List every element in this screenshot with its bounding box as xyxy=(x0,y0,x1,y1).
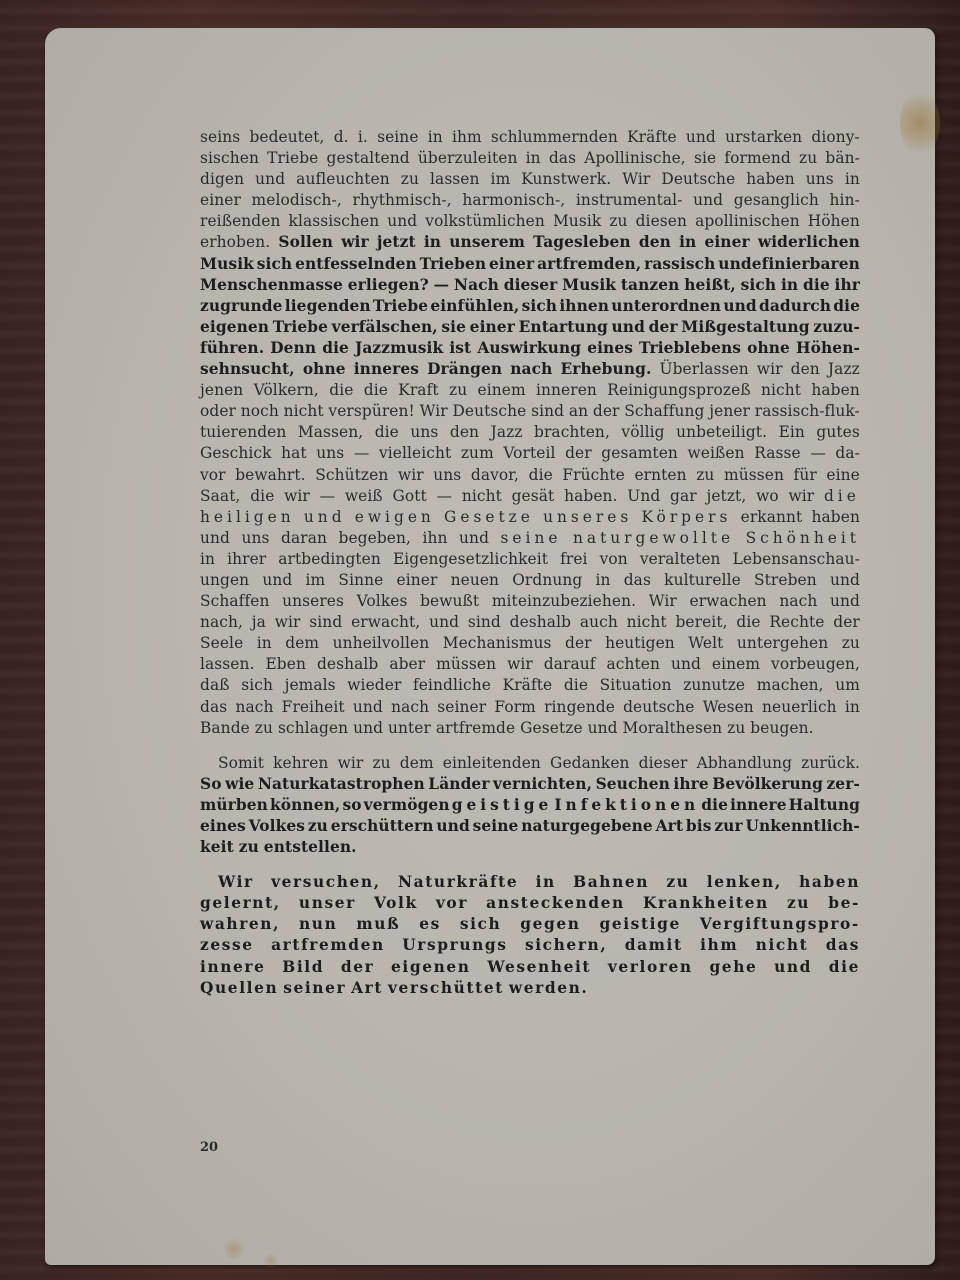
word: seine xyxy=(473,816,519,837)
word: darauf xyxy=(544,654,596,675)
text-line: erhoben.SollenwirjetztinunseremTageslebe… xyxy=(200,232,860,253)
word: gesanglich xyxy=(734,190,819,211)
word: ihm xyxy=(700,935,738,956)
word: Volkes xyxy=(249,816,305,837)
word: zugrunde xyxy=(200,296,283,317)
word: unheilvollen xyxy=(333,633,430,654)
word: das xyxy=(624,570,651,591)
word: seine xyxy=(501,528,562,549)
word: — xyxy=(354,443,370,464)
word: Somit xyxy=(218,753,264,774)
word: Erhebung. xyxy=(560,359,651,380)
word: Körpers xyxy=(641,507,731,528)
word: nach xyxy=(510,359,552,380)
text-line: einermelodisch-,rhythmisch-,harmonisch-,… xyxy=(200,190,860,211)
word: Ordnung xyxy=(512,570,582,591)
word: Triebe xyxy=(373,296,428,317)
word: begeben, xyxy=(339,528,412,549)
word: uns xyxy=(241,528,269,549)
word: nicht xyxy=(462,486,502,507)
word: machen, xyxy=(757,675,824,696)
word: innere xyxy=(730,795,787,816)
word: und xyxy=(686,127,716,148)
word: dem xyxy=(285,633,319,654)
word: Seele xyxy=(200,633,243,654)
word: volkstümlichen xyxy=(425,211,545,232)
word: zuzu- xyxy=(813,317,860,338)
text-line: heiligenundewigenGesetzeunseresKörperser… xyxy=(200,507,860,528)
word: d. xyxy=(334,127,349,148)
word: daran xyxy=(281,528,327,549)
word: instrumental- xyxy=(576,190,683,211)
text-line: mürbenkönnen,sovermögengeistigeInfektion… xyxy=(200,795,860,816)
word: digen xyxy=(200,169,244,190)
word: sie xyxy=(694,148,716,169)
word: keit xyxy=(200,837,234,858)
text-line: eigenenTriebeverfälschen,sieeinerEntartu… xyxy=(200,317,860,338)
word: erwachen xyxy=(690,591,767,612)
word: entstellen. xyxy=(264,837,357,858)
word: deshalb xyxy=(510,612,571,633)
word: klassischen xyxy=(289,211,380,232)
word: Volk xyxy=(374,893,418,914)
word: und xyxy=(200,528,230,549)
word: entfesselnden xyxy=(295,254,417,275)
word: melodisch-, xyxy=(252,190,342,211)
word: unseres xyxy=(282,591,344,612)
word: seiner xyxy=(283,978,346,999)
word: Drängen xyxy=(427,359,502,380)
word: in xyxy=(200,549,215,570)
word: ungen xyxy=(200,570,249,591)
word: Höhen xyxy=(808,211,860,232)
word: der xyxy=(565,633,592,654)
text-line: undunsdaranbegeben,ihnundseinenaturgewol… xyxy=(200,528,860,549)
word: so xyxy=(342,795,361,816)
word: zum xyxy=(461,443,494,464)
word: und xyxy=(304,507,346,528)
word: wir xyxy=(275,612,301,633)
word: in xyxy=(257,633,272,654)
word: Sinne xyxy=(338,570,383,591)
word: erliegen? xyxy=(348,275,429,296)
word: bewußt xyxy=(420,591,479,612)
word: Triebe xyxy=(273,317,328,338)
word: Trieben xyxy=(420,254,487,275)
word: führen. xyxy=(200,338,264,359)
word: Deutsche xyxy=(661,169,735,190)
word: sind xyxy=(468,612,501,633)
word: dadurch xyxy=(759,296,831,317)
word: auch xyxy=(580,612,618,633)
word: uns xyxy=(410,422,438,443)
word: Völkern, xyxy=(254,380,319,401)
word: gehe xyxy=(709,957,757,978)
word: reißenden xyxy=(200,211,280,232)
word: in xyxy=(679,232,696,253)
word: gesamten xyxy=(601,443,678,464)
word: wir xyxy=(788,486,814,507)
word: ihr xyxy=(835,275,860,296)
word: dieser xyxy=(504,275,558,296)
word: untergehen xyxy=(737,633,828,654)
word: ringende xyxy=(544,697,615,718)
word: gelernt, xyxy=(200,893,281,914)
word: in xyxy=(845,697,860,718)
text-line: sehnsucht,ohneinneresDrängennachErhebung… xyxy=(200,359,860,380)
word: Vorteil xyxy=(503,443,555,464)
word: einer xyxy=(470,317,515,338)
word: ist xyxy=(449,338,471,359)
word: da- xyxy=(835,443,860,464)
word: bedeutet, xyxy=(249,127,324,148)
text-line: Wirversuchen,NaturkräfteinBahnenzulenken… xyxy=(200,872,860,893)
text-line: QuellenseinerArtverschüttetwerden. xyxy=(200,978,860,999)
word: unbeteiligt. xyxy=(676,422,767,443)
word: gegen xyxy=(520,914,580,935)
word: Quellen xyxy=(200,978,278,999)
word: sich xyxy=(241,675,273,696)
word: die xyxy=(322,338,349,359)
word: Deutsche xyxy=(452,401,526,422)
word: die xyxy=(529,465,553,486)
word: — xyxy=(434,275,450,296)
word: unseres xyxy=(543,507,632,528)
word: Seuchen xyxy=(596,774,670,795)
word: Länder xyxy=(428,774,489,795)
text-line: Saat,diewir—weißGott—nichtgesäthaben.Und… xyxy=(200,486,860,507)
word: einer xyxy=(704,232,749,253)
word: und xyxy=(387,211,417,232)
word: ihrer xyxy=(227,549,266,570)
text-line: nach,jawirsinderwacht,undsinddeshalbauch… xyxy=(200,612,860,633)
word: der xyxy=(565,443,592,464)
word: inneren xyxy=(536,380,597,401)
word: kehren xyxy=(273,753,328,774)
text-line: innereBilddereigenenWesenheitverlorengeh… xyxy=(200,957,860,978)
word: vernichten, xyxy=(493,774,592,795)
word: Abhandlung xyxy=(697,753,792,774)
word: nach xyxy=(235,697,273,718)
word: rhythmisch-, xyxy=(352,190,451,211)
word: erschüttern xyxy=(331,816,434,837)
word: es xyxy=(419,914,441,935)
word: — xyxy=(810,443,826,464)
word: bän- xyxy=(825,148,860,169)
word: Gedanken xyxy=(550,753,630,774)
word: einem xyxy=(478,380,526,401)
word: artfremde xyxy=(436,718,515,739)
word: der xyxy=(593,401,620,422)
word: — xyxy=(320,486,336,507)
page-stain xyxy=(900,88,940,158)
word: Wir xyxy=(649,591,677,612)
word: sind xyxy=(531,401,564,422)
word: zu xyxy=(666,872,689,893)
text-line: MusiksichentfesselndenTriebeneinerartfre… xyxy=(200,254,860,275)
word: Unkenntlich- xyxy=(745,816,859,837)
word: naturgewollte xyxy=(573,528,734,549)
word: Höhen- xyxy=(796,338,860,359)
word: ihnen xyxy=(559,296,609,317)
word: einer xyxy=(489,254,534,275)
word: daß xyxy=(200,675,230,696)
word: Musik xyxy=(200,254,254,275)
word: Mechanismus xyxy=(443,633,552,654)
word: jetzt, xyxy=(706,486,746,507)
word: Infektionen xyxy=(554,795,699,816)
word: wie xyxy=(225,774,254,795)
word: neuen xyxy=(451,570,499,591)
word: im xyxy=(306,570,326,591)
text-line: lassen.Ebendeshalbabermüssenwirdaraufach… xyxy=(200,654,860,675)
word: von xyxy=(600,549,628,570)
word: Kräfte xyxy=(503,675,553,696)
word: und xyxy=(429,612,459,633)
word: ihm xyxy=(452,127,482,148)
text-line: ungenundimSinneeinerneuenOrdnungindaskul… xyxy=(200,570,860,591)
word: vorbeugen, xyxy=(771,654,860,675)
word: formend xyxy=(724,148,791,169)
word: weiß xyxy=(345,486,383,507)
word: ewigen xyxy=(355,507,435,528)
word: für xyxy=(794,465,817,486)
word: und xyxy=(830,570,860,591)
text-line: zugrundeliegendenTriebeeinfühlen,sichihn… xyxy=(200,296,860,317)
text-line: inihrerartbedingtenEigengesetzlichkeitfr… xyxy=(200,549,860,570)
word: i. xyxy=(358,127,368,148)
word: tuierenden xyxy=(200,422,286,443)
word: den xyxy=(791,359,820,380)
word: bewahrt. xyxy=(235,465,305,486)
word: Saat, xyxy=(200,486,240,507)
word: sich xyxy=(460,914,501,935)
word: Kunstwerk. xyxy=(521,169,611,190)
word: deshalb xyxy=(317,654,378,675)
word: nach, xyxy=(200,612,243,633)
word: rassisch xyxy=(644,254,715,275)
word: seiner xyxy=(437,697,486,718)
word: Jazzmusik xyxy=(355,338,443,359)
word: Krankheiten xyxy=(643,893,769,914)
word: zurück. xyxy=(801,753,860,774)
text-line: keitzuentstellen. xyxy=(200,837,860,858)
word: Ein xyxy=(779,422,805,443)
word: einleitenden xyxy=(443,753,541,774)
word: ja xyxy=(252,612,266,633)
word: zu xyxy=(609,211,627,232)
word: seine xyxy=(377,127,418,148)
word: beugen. xyxy=(750,718,813,739)
word: zu xyxy=(372,753,390,774)
word: geistige xyxy=(452,795,553,816)
word: feindliche xyxy=(413,675,491,696)
word: Kräfte xyxy=(627,127,677,148)
word: Gesetze xyxy=(444,507,534,528)
word: Tagesleben xyxy=(533,232,631,253)
word: Und xyxy=(627,486,660,507)
word: Moralthesen xyxy=(622,718,722,739)
word: Lebensanschau- xyxy=(733,549,860,570)
word: zu xyxy=(308,816,328,837)
word: wir xyxy=(284,486,310,507)
word: Haltung xyxy=(789,795,860,816)
text-line: dasnachFreiheitundnachseinerFormringende… xyxy=(200,697,860,718)
word: zur xyxy=(714,816,742,837)
word: und xyxy=(353,718,383,739)
paragraph: SomitkehrenwirzudemeinleitendenGedankend… xyxy=(200,753,860,858)
word: sie xyxy=(441,317,466,338)
word: ernten xyxy=(634,465,686,486)
word: Musik xyxy=(562,275,616,296)
word: Massen, xyxy=(298,422,363,443)
word: Streben xyxy=(754,570,817,591)
word: Rechte xyxy=(769,612,824,633)
word: und xyxy=(262,570,292,591)
word: Bevölkerung xyxy=(712,774,823,795)
word: uns xyxy=(433,465,461,486)
word: unterordnen xyxy=(611,296,721,317)
word: Musik xyxy=(553,211,601,232)
word: wir xyxy=(507,654,533,675)
word: vor xyxy=(200,465,226,486)
word: haben. xyxy=(564,486,617,507)
word: das xyxy=(200,697,227,718)
text-line: gelernt,unserVolkvoransteckendenKrankhei… xyxy=(200,893,860,914)
word: Bahnen xyxy=(573,872,649,893)
word: das xyxy=(549,148,576,169)
word: bis xyxy=(686,816,712,837)
word: Bande xyxy=(200,718,250,739)
word: rassisch-fluk- xyxy=(755,401,860,422)
word: jener xyxy=(709,401,750,422)
word: Geschick xyxy=(200,443,272,464)
word: und xyxy=(693,190,723,211)
word: um xyxy=(835,675,860,696)
word: in xyxy=(596,570,611,591)
word: kulturelle xyxy=(664,570,741,591)
word: zesse xyxy=(200,935,254,956)
word: gutes xyxy=(816,422,859,443)
word: liegenden xyxy=(285,296,371,317)
word: Sollen xyxy=(278,232,333,253)
word: Eben xyxy=(265,654,306,675)
text-line: führen.DenndieJazzmusikistAuswirkungeine… xyxy=(200,338,860,359)
word: davor, xyxy=(471,465,519,486)
word: eigenen xyxy=(200,317,269,338)
word: gar xyxy=(670,486,697,507)
word: neuerlich xyxy=(762,697,837,718)
word: Gott xyxy=(393,486,427,507)
word: heißt, xyxy=(684,275,736,296)
word: die xyxy=(375,422,399,443)
word: schlagen xyxy=(278,718,348,739)
word: an xyxy=(569,401,588,422)
word: die xyxy=(329,380,353,401)
word: mürben xyxy=(200,795,268,816)
word: sich xyxy=(522,296,557,317)
word: Art xyxy=(656,816,683,837)
word: werden. xyxy=(509,978,588,999)
word: apollinischen xyxy=(695,211,800,232)
word: in xyxy=(781,275,798,296)
word: Kraft xyxy=(398,380,438,401)
word: Situation xyxy=(600,675,672,696)
word: urstarken xyxy=(725,127,802,148)
word: schlummernden xyxy=(491,127,618,148)
word: zu xyxy=(696,465,714,486)
word: Entartung xyxy=(519,317,608,338)
word: eine xyxy=(826,465,859,486)
word: die xyxy=(803,275,830,296)
word: in xyxy=(428,127,443,148)
word: nicht xyxy=(627,612,667,633)
word: sind xyxy=(309,612,342,633)
word: und xyxy=(588,718,618,739)
word: Naturkatastrophen xyxy=(258,774,425,795)
text-line: vorbewahrt.Schützenwirunsdavor,dieFrücht… xyxy=(200,465,860,486)
word: haben xyxy=(746,169,794,190)
text-line: Menschenmasseerliegen?—NachdieserMusikta… xyxy=(200,275,860,296)
word: hin- xyxy=(830,190,860,211)
word: eigenen xyxy=(391,957,471,978)
word: Früchte xyxy=(562,465,624,486)
word: zu xyxy=(787,893,810,914)
word: erkannt xyxy=(741,507,803,528)
text-line: einesVolkeszuerschütternundseinenaturgeg… xyxy=(200,816,860,837)
word: Ursprungs xyxy=(402,935,507,956)
word: eines xyxy=(587,338,633,359)
word: Wesenheit xyxy=(487,957,591,978)
word: die xyxy=(736,612,760,633)
word: Überlassen xyxy=(660,359,749,380)
word: eines xyxy=(200,816,246,837)
word: und xyxy=(671,654,701,675)
word: So xyxy=(200,774,222,795)
word: Art xyxy=(351,978,383,999)
word: den xyxy=(639,232,671,253)
word: zu xyxy=(449,380,467,401)
word: Denn xyxy=(270,338,316,359)
word: unser xyxy=(299,893,356,914)
word: und xyxy=(774,957,812,978)
word: Vergiftungspro- xyxy=(700,914,860,935)
text-line: SomitkehrenwirzudemeinleitendenGedankend… xyxy=(200,753,860,774)
word: der xyxy=(833,612,860,633)
word: artbedingten xyxy=(278,549,381,570)
word: brachten, xyxy=(534,422,610,443)
word: der xyxy=(649,317,678,338)
word: einer xyxy=(200,190,241,211)
word: Bild xyxy=(282,957,324,978)
word: in xyxy=(845,169,860,190)
word: gesät xyxy=(512,486,555,507)
word: lenken, xyxy=(707,872,782,893)
word: Gesetze xyxy=(520,718,583,739)
word: muß xyxy=(356,914,400,935)
page-stain xyxy=(265,1253,277,1269)
word: sich xyxy=(257,254,292,275)
word: sischen xyxy=(200,148,259,169)
word: harmonisch-, xyxy=(462,190,565,211)
word: Volkes xyxy=(357,591,408,612)
word: die xyxy=(364,380,388,401)
text-line: sischenTriebegestaltendüberzuleitenindas… xyxy=(200,148,860,169)
word: Jazz xyxy=(828,359,860,380)
page-stain xyxy=(225,1238,243,1260)
word: dieser xyxy=(639,753,688,774)
word: geistige xyxy=(599,914,680,935)
